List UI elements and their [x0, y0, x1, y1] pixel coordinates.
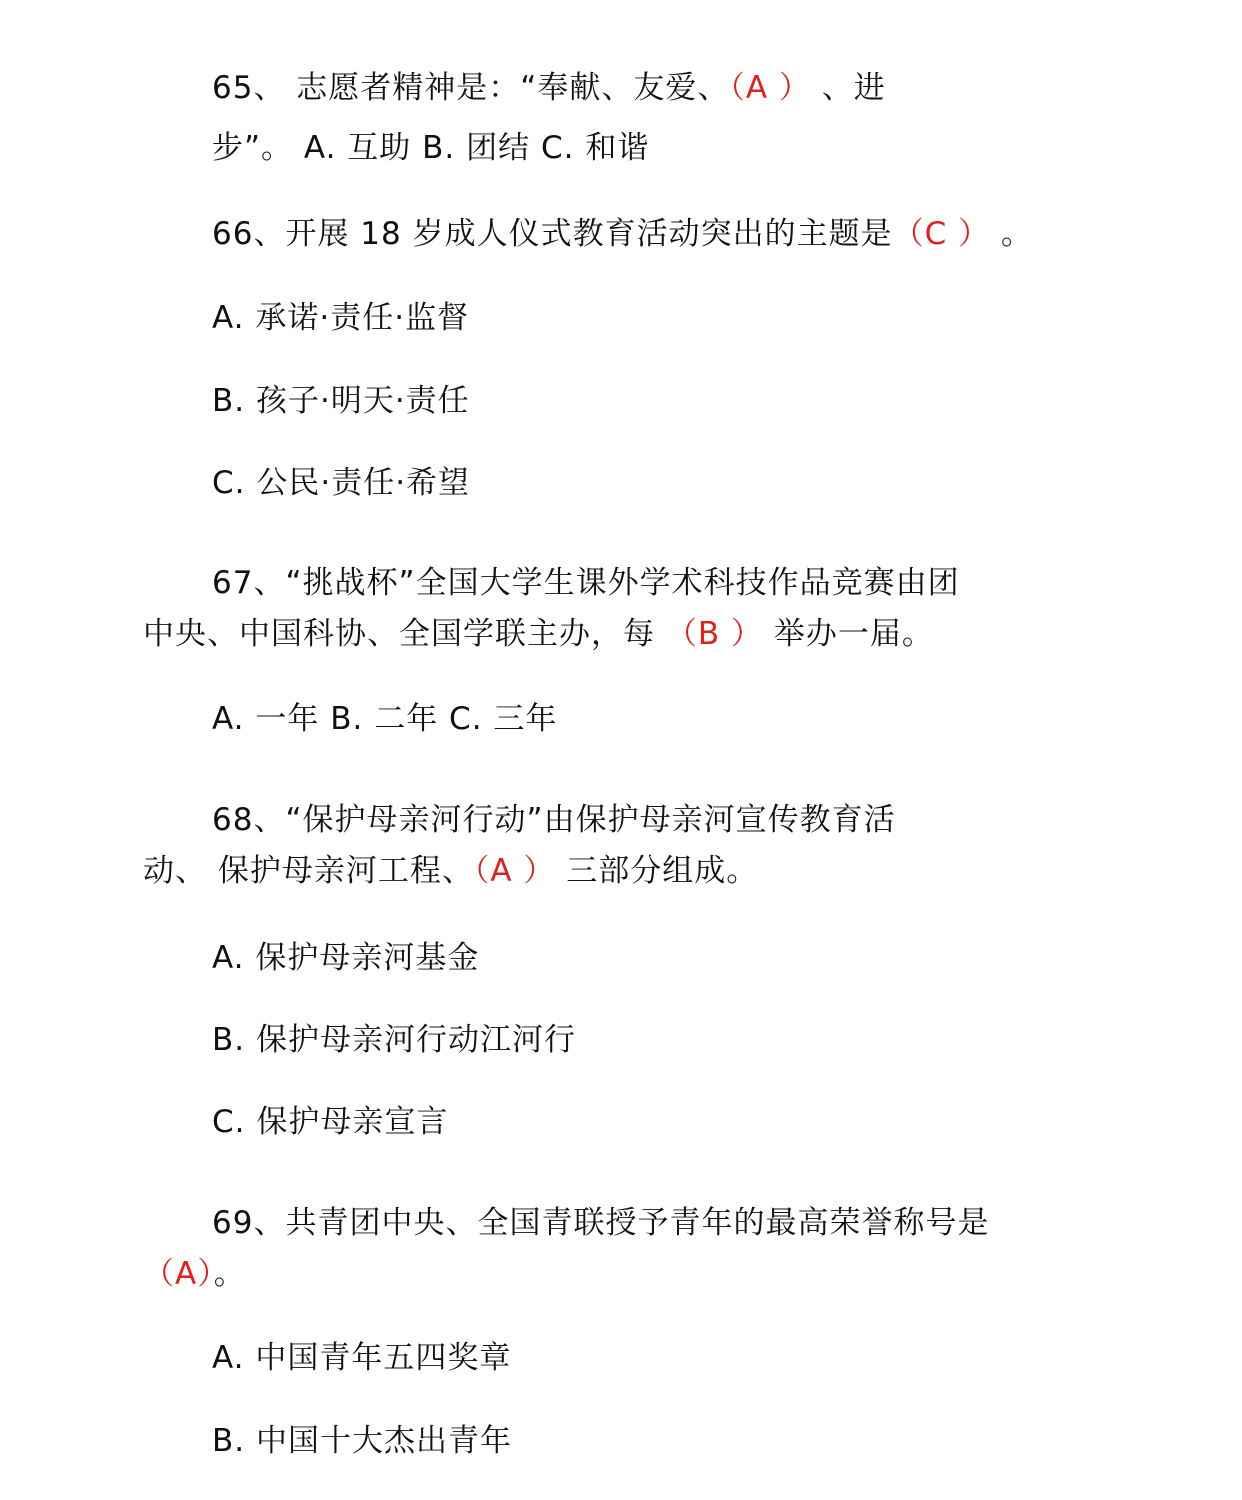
q68-stem-end: 三部分组成。	[555, 853, 758, 889]
q66-option-a: A. 承诺·责任·监督	[212, 298, 469, 338]
q66-option-b: B. 孩子·明天·责任	[212, 381, 470, 421]
q66-stem-end: 。	[990, 216, 1033, 252]
q65-stem-end: 、进	[811, 70, 886, 106]
q67-line2: 中央、中国科协、全国学联主办，每 （B ） 举办一届。	[143, 614, 934, 654]
q69-option-a: A. 中国青年五四奖章	[212, 1338, 511, 1378]
q68-option-a: A. 保护母亲河基金	[212, 938, 479, 978]
q69-line2: （A）。	[143, 1254, 246, 1294]
q66-answer: （C ）	[893, 216, 991, 252]
q66-option-c: C. 公民·责任·希望	[212, 463, 470, 503]
q68-stem: 动、 保护母亲河工程、	[143, 853, 474, 889]
q67-stem-end: 举办一届。	[763, 616, 934, 652]
q68-line1: 68、“保护母亲河行动”由保护母亲河宣传教育活	[212, 800, 896, 840]
q69-option-b: B. 中国十大杰出青年	[212, 1421, 512, 1461]
q66-stem-line: 66、开展 18 岁成人仪式教育活动突出的主题是（C ） 。	[212, 214, 1033, 254]
q65-line1: 65、 志愿者精神是：“奉献、友爱、（A ） 、进	[212, 68, 886, 108]
q65-line2: 步”。 A. 互助 B. 团结 C. 和谐	[212, 128, 649, 168]
q65-stem: 65、 志愿者精神是：“奉献、友爱、	[212, 70, 729, 106]
q65-answer: （A ）	[729, 70, 811, 106]
q67-stem: 中央、中国科协、全国学联主办，每	[143, 616, 666, 652]
q68-option-b: B. 保护母亲河行动江河行	[212, 1020, 576, 1060]
q68-option-c: C. 保护母亲宣言	[212, 1102, 448, 1142]
q69-answer: （A）	[143, 1256, 214, 1292]
q69-line1: 69、共青团中央、全国青联授予青年的最高荣誉称号是	[212, 1203, 989, 1243]
q67-answer: （B ）	[666, 616, 763, 652]
q68-line2: 动、 保护母亲河工程、（A ） 三部分组成。	[143, 851, 758, 891]
q68-answer: （A ）	[474, 853, 556, 889]
q66-stem: 66、开展 18 岁成人仪式教育活动突出的主题是	[212, 216, 893, 252]
q69-stem-end: 。	[214, 1256, 246, 1292]
q67-line1: 67、“挑战杯”全国大学生课外学术科技作品竞赛由团	[212, 563, 960, 603]
q67-options: A. 一年 B. 二年 C. 三年	[212, 699, 557, 739]
